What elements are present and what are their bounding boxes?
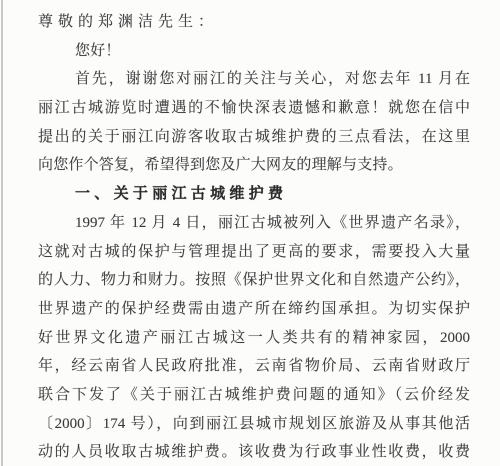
paragraph-line: 世界遗产的保护经费需由遗产所在缔约国承担。为切实保护 <box>38 295 470 324</box>
section-heading: 一、关于丽江古城维护费 <box>38 180 470 209</box>
paragraph-line: 的人力、物力和财力。按照《保护世界文化和自然遗产公约》， <box>38 266 470 295</box>
paragraph-line: 提出的关于丽江向游客收取古城维护费的三点看法，在这里 <box>38 123 470 152</box>
paragraph-line: 联合下发了《关于丽江古城维护费问题的通知》（云价经发 <box>38 381 470 410</box>
paragraph-line: 向您作个答复，希望得到您及广大网友的理解与支持。 <box>38 151 470 180</box>
paragraph-line: 动的人员收取古城维护费。该收费为行政事业性收费，收费 <box>38 438 470 466</box>
scanned-letter-page: 尊敬的郑渊洁先生： 您好！ 首先，谢谢您对丽江的关注与关心，对您去年 11 月在… <box>0 0 500 466</box>
paragraph-line: 丽江古城游览时遭遇的不愉快深表遗憾和歉意！就您在信中 <box>38 94 470 123</box>
paragraph-line: 首先，谢谢您对丽江的关注与关心，对您去年 11 月在 <box>38 65 470 94</box>
salutation: 尊敬的郑渊洁先生： <box>38 8 470 37</box>
paragraph-line: 好世界文化遗产丽江古城这一人类共有的精神家园，2000 <box>38 324 470 353</box>
greeting: 您好！ <box>38 37 470 66</box>
paragraph-line: 这就对古城的保护与管理提出了更高的要求，需要投入大量 <box>38 238 470 267</box>
letter-body: 尊敬的郑渊洁先生： 您好！ 首先，谢谢您对丽江的关注与关心，对您去年 11 月在… <box>38 8 470 466</box>
paragraph-line: 年，经云南省人民政府批准，云南省物价局、云南省财政厅 <box>38 352 470 381</box>
paragraph-line: 1997 年 12 月 4 日，丽江古城被列入《世界遗产名录》， <box>38 209 470 238</box>
paragraph-line: 〔2000〕174 号），向到丽江县城市规划区旅游及从事其他活 <box>38 410 470 439</box>
scan-left-edge-line <box>1 0 3 466</box>
